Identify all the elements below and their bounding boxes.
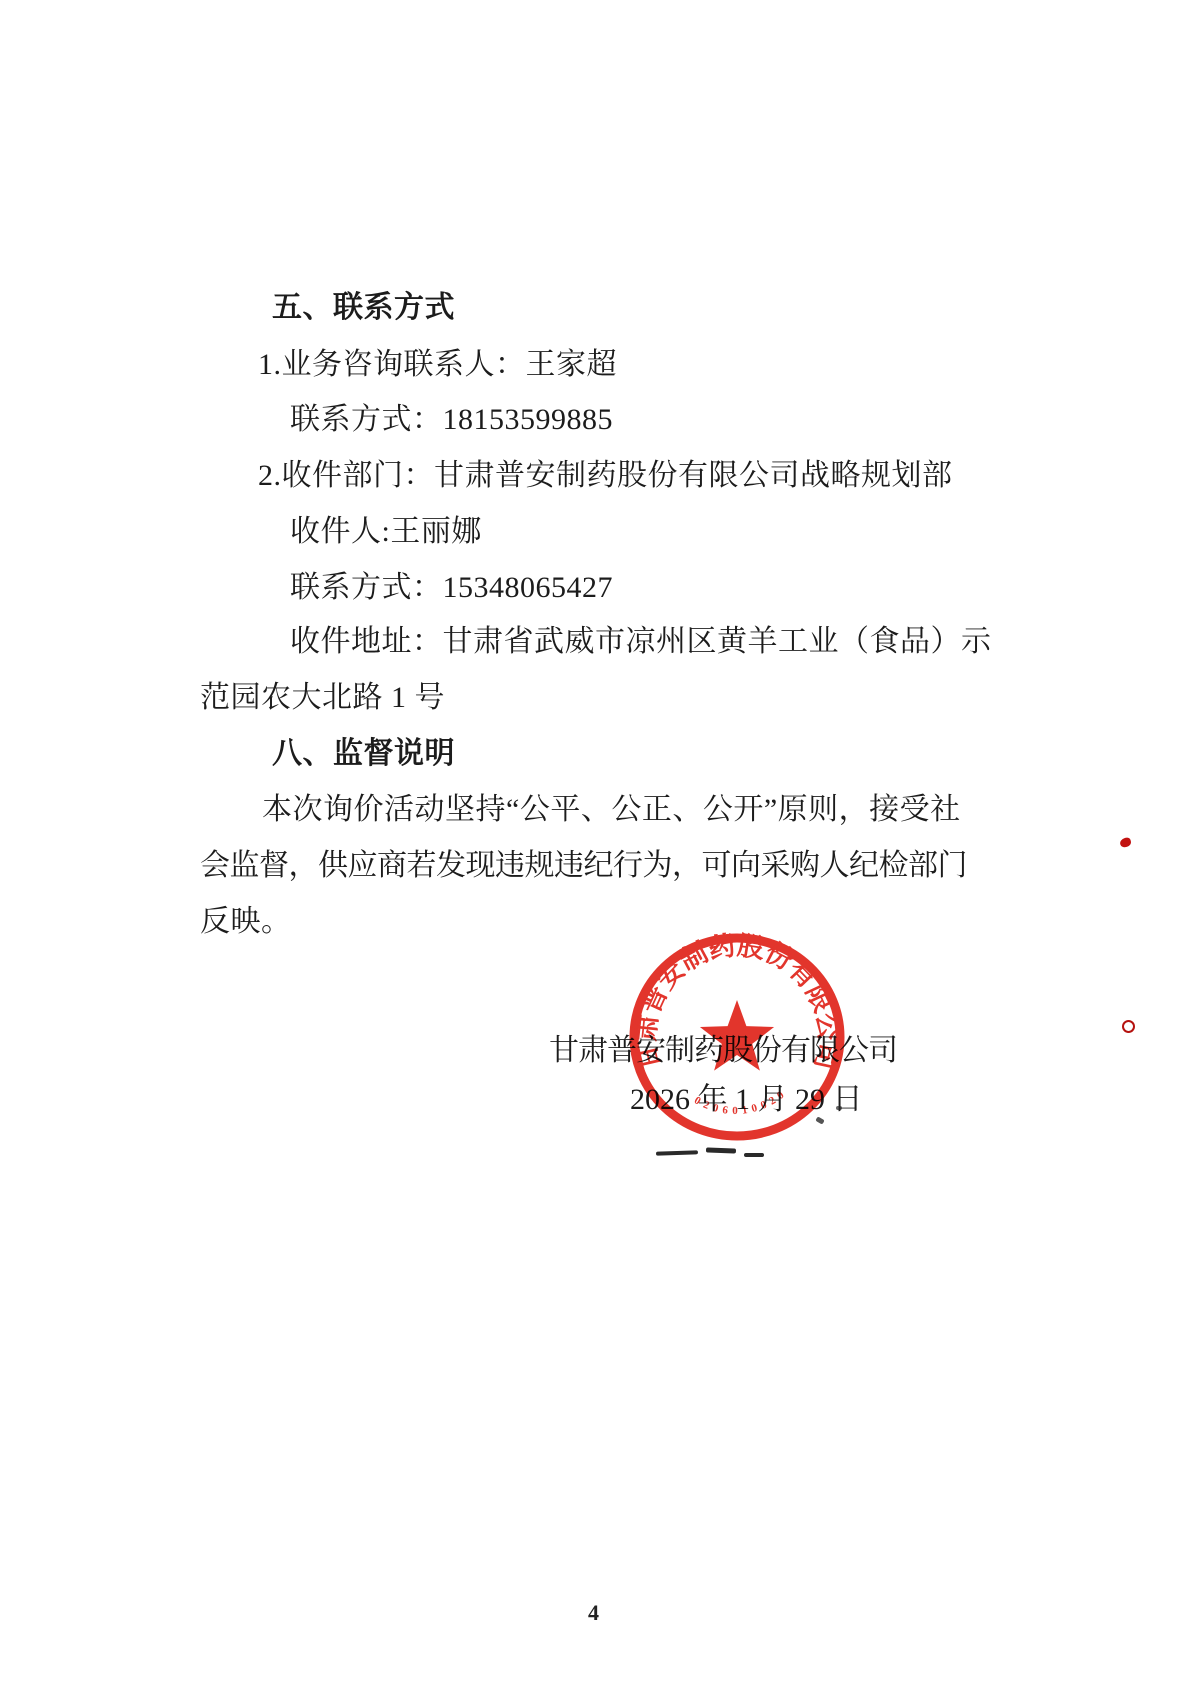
supervision-paragraph-line-1: 本次询价活动坚持“公平、公正、公开”原则，接受社 <box>262 790 961 830</box>
contact-person-line: 1.业务咨询联系人：王家超 <box>258 345 617 385</box>
ink-smudge-icon <box>744 1153 764 1157</box>
red-ink-ring-icon <box>1122 1020 1135 1033</box>
supervision-paragraph-line-2: 会监督，供应商若发现违规违纪行为，可向采购人纪检部门 <box>200 846 967 886</box>
ink-smudge-icon <box>706 1147 736 1153</box>
ink-speck-icon <box>836 1106 842 1110</box>
section-heading-contact: 五、联系方式 <box>272 288 455 328</box>
red-ink-speck-icon <box>1119 837 1132 849</box>
document-page: 五、联系方式 1.业务咨询联系人：王家超 联系方式：18153599885 2.… <box>0 0 1190 1683</box>
section-heading-supervision: 八、监督说明 <box>272 734 455 774</box>
recipient-name-line: 收件人:王丽娜 <box>290 512 482 552</box>
seal-star-icon <box>700 1000 774 1071</box>
recipient-phone-line: 联系方式：15348065427 <box>290 568 613 608</box>
ink-smudge-icon <box>656 1150 698 1155</box>
page-number: 4 <box>588 1600 599 1626</box>
recipient-address-line-1: 收件地址：甘肃省武威市凉州区黄羊工业（食品）示 <box>290 622 992 662</box>
recipient-address-line-2: 范园农大北路 1 号 <box>200 678 445 718</box>
contact-phone-line: 联系方式：18153599885 <box>290 400 613 440</box>
recipient-department-line: 2.收件部门：甘肃普安制药股份有限公司战略规划部 <box>258 456 953 496</box>
supervision-paragraph-line-3: 反映。 <box>200 902 292 942</box>
